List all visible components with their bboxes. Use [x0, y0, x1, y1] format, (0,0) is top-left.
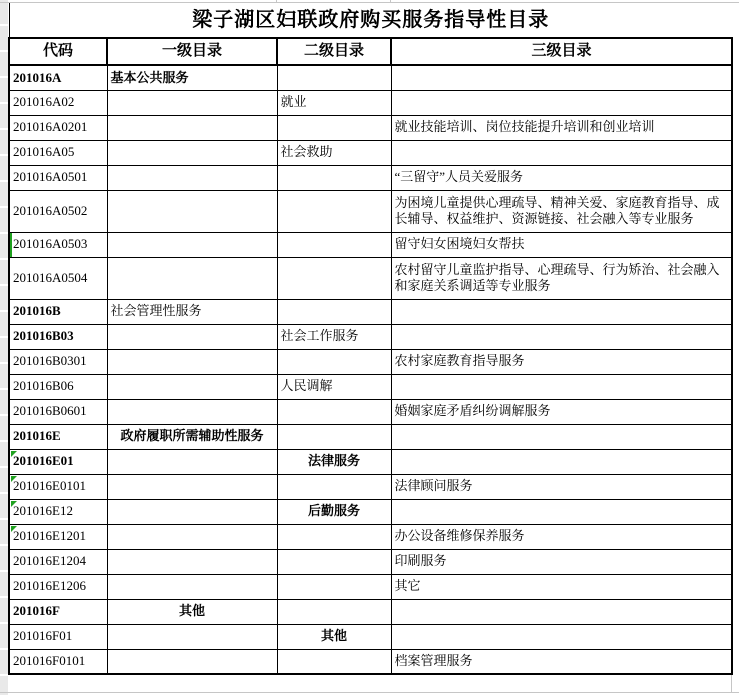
- table-row: 201016A 基本公共服务: [9, 65, 732, 90]
- cell-level1[interactable]: [107, 399, 277, 424]
- error-indicator-icon: [11, 501, 17, 507]
- cell-level2[interactable]: [277, 165, 391, 190]
- cell-level1[interactable]: [107, 549, 277, 574]
- gridline-stub: [276, 0, 277, 2]
- cell-code[interactable]: 201016A0201: [9, 115, 107, 140]
- cell-level3[interactable]: [391, 624, 732, 649]
- cell-level2[interactable]: [277, 232, 391, 257]
- table-row: 201016F 其他: [9, 599, 732, 624]
- cell-level1[interactable]: [107, 324, 277, 349]
- cell-code[interactable]: 201016F01: [9, 624, 107, 649]
- cell-level2[interactable]: [277, 474, 391, 499]
- gridline-stub: [390, 0, 391, 2]
- table-row: 201016A0502 为困境儿童提供心理疏导、精神关爱、家庭教育指导、成长辅导…: [9, 190, 732, 232]
- cell-level1[interactable]: [107, 524, 277, 549]
- green-border-marker-icon: [10, 233, 12, 257]
- cell-level3[interactable]: [391, 140, 732, 165]
- cell-level3[interactable]: “三留守”人员关爱服务: [391, 165, 732, 190]
- cell-level2[interactable]: [277, 299, 391, 324]
- cell-level1[interactable]: [107, 165, 277, 190]
- table-row: 201016E1206 其它: [9, 574, 732, 599]
- sheet-title[interactable]: 梁子湖区妇联政府购买服务指导性目录: [9, 3, 732, 38]
- table-body: 梁子湖区妇联政府购买服务指导性目录 代码 一级目录 二级目录 三级目录 2010…: [9, 3, 732, 674]
- cell-level3[interactable]: 农村家庭教育指导服务: [391, 349, 732, 374]
- cell-code[interactable]: 201016A0502: [9, 190, 107, 232]
- cell-code[interactable]: 201016E1206: [9, 574, 107, 599]
- table-row: 201016F01 其他: [9, 624, 732, 649]
- cell-code[interactable]: 201016B: [9, 299, 107, 324]
- cell-level3[interactable]: [391, 374, 732, 399]
- cell-level3[interactable]: 就业技能培训、岗位技能提升培训和创业培训: [391, 115, 732, 140]
- cell-level1[interactable]: 其他: [107, 599, 277, 624]
- cell-code[interactable]: 201016A02: [9, 90, 107, 115]
- cell-level2[interactable]: [277, 257, 391, 299]
- cell-code[interactable]: 201016E1204: [9, 549, 107, 574]
- cell-code[interactable]: 201016E1201: [9, 524, 107, 549]
- cell-level3[interactable]: [391, 599, 732, 624]
- cell-code[interactable]: 201016B06: [9, 374, 107, 399]
- cell-level2[interactable]: [277, 65, 391, 90]
- directory-table: 梁子湖区妇联政府购买服务指导性目录 代码 一级目录 二级目录 三级目录 2010…: [8, 3, 733, 675]
- cell-level1[interactable]: [107, 474, 277, 499]
- cell-level3[interactable]: [391, 65, 732, 90]
- cell-level1[interactable]: [107, 574, 277, 599]
- cell-level2[interactable]: 其他: [277, 624, 391, 649]
- cell-code[interactable]: 201016B03: [9, 324, 107, 349]
- table-row: 201016F0101 档案管理服务: [9, 649, 732, 674]
- spreadsheet-view: { "title": "梁子湖区妇联政府购买服务指导性目录", "colors"…: [0, 0, 739, 695]
- cell-level1[interactable]: [107, 374, 277, 399]
- table-row: 201016E0101 法律顾问服务: [9, 474, 732, 499]
- column-header-level1[interactable]: 一级目录: [107, 38, 277, 65]
- table-row: 201016E1201 办公设备维修保养服务: [9, 524, 732, 549]
- cell-level2[interactable]: [277, 599, 391, 624]
- cell-level1[interactable]: 基本公共服务: [107, 65, 277, 90]
- cell-code[interactable]: 201016B0301: [9, 349, 107, 374]
- table-row: 201016E12 后勤服务: [9, 499, 732, 524]
- cell-code[interactable]: 201016A: [9, 65, 107, 90]
- cell-level1[interactable]: [107, 90, 277, 115]
- cell-level3[interactable]: 留守妇女困境妇女帮扶: [391, 232, 732, 257]
- cell-level1[interactable]: [107, 624, 277, 649]
- cell-code[interactable]: 201016F0101: [9, 649, 107, 674]
- cell-level1[interactable]: [107, 257, 277, 299]
- table-row: 201016A0501 “三留守”人员关爱服务: [9, 165, 732, 190]
- cell-level1[interactable]: [107, 449, 277, 474]
- table-row: 201016A05 社会救助: [9, 140, 732, 165]
- cell-level3[interactable]: 其它: [391, 574, 732, 599]
- cell-level2[interactable]: 就业: [277, 90, 391, 115]
- cell-level1[interactable]: [107, 190, 277, 232]
- error-indicator-icon: [11, 526, 17, 532]
- cell-level2[interactable]: [277, 399, 391, 424]
- cell-code[interactable]: 201016E0101: [9, 474, 107, 499]
- cell-code[interactable]: 201016E01: [9, 449, 107, 474]
- cell-level3[interactable]: 印刷服务: [391, 549, 732, 574]
- cell-level1[interactable]: [107, 115, 277, 140]
- cell-code[interactable]: 201016A0503: [9, 232, 107, 257]
- cell-level3[interactable]: [391, 449, 732, 474]
- cell-code[interactable]: 201016A0504: [9, 257, 107, 299]
- cell-level3[interactable]: 办公设备维修保养服务: [391, 524, 732, 549]
- cell-level3[interactable]: 为困境儿童提供心理疏导、精神关爱、家庭教育指导、成长辅导、权益维护、资源链接、社…: [391, 190, 732, 232]
- cell-level2[interactable]: 法律服务: [277, 449, 391, 474]
- column-header-level2[interactable]: 二级目录: [277, 38, 391, 65]
- column-header-code[interactable]: 代码: [9, 38, 107, 65]
- cell-level2[interactable]: 人民调解: [277, 374, 391, 399]
- cell-level2[interactable]: [277, 424, 391, 449]
- error-indicator-icon: [11, 451, 17, 457]
- cell-level1[interactable]: 政府履职所需辅助性服务: [107, 424, 277, 449]
- table-row: 201016E1204 印刷服务: [9, 549, 732, 574]
- table-row: 201016B06 人民调解: [9, 374, 732, 399]
- cell-level2[interactable]: [277, 190, 391, 232]
- cell-level2[interactable]: 后勤服务: [277, 499, 391, 524]
- cell-level2[interactable]: [277, 549, 391, 574]
- cell-code[interactable]: 201016A0501: [9, 165, 107, 190]
- table-row: 201016B03 社会工作服务: [9, 324, 732, 349]
- cell-level3[interactable]: 法律顾问服务: [391, 474, 732, 499]
- cell-level1[interactable]: 社会管理性服务: [107, 299, 277, 324]
- cell-level1[interactable]: [107, 232, 277, 257]
- cell-code[interactable]: 201016F: [9, 599, 107, 624]
- cell-code[interactable]: 201016A05: [9, 140, 107, 165]
- title-row: 梁子湖区妇联政府购买服务指导性目录: [9, 3, 732, 38]
- table-row: 201016B0301 农村家庭教育指导服务: [9, 349, 732, 374]
- cell-level3[interactable]: 农村留守儿童监护指导、心理疏导、行为矫治、社会融入和家庭关系调适等专业服务: [391, 257, 732, 299]
- cell-level3[interactable]: [391, 324, 732, 349]
- cell-level1[interactable]: [107, 499, 277, 524]
- cell-level3[interactable]: 档案管理服务: [391, 649, 732, 674]
- table-row: 201016E01 法律服务: [9, 449, 732, 474]
- table-row: 201016A0504 农村留守儿童监护指导、心理疏导、行为矫治、社会融入和家庭…: [9, 257, 732, 299]
- error-indicator-icon: [11, 476, 17, 482]
- cell-level1[interactable]: [107, 649, 277, 674]
- cell-level3[interactable]: 婚姻家庭矛盾纠纷调解服务: [391, 399, 732, 424]
- cell-level1[interactable]: [107, 349, 277, 374]
- column-header-level3[interactable]: 三级目录: [391, 38, 732, 65]
- cell-level2[interactable]: 社会救助: [277, 140, 391, 165]
- cell-level2[interactable]: [277, 574, 391, 599]
- cell-level2[interactable]: 社会工作服务: [277, 324, 391, 349]
- cell-level3[interactable]: [391, 90, 732, 115]
- table-row: 201016E 政府履职所需辅助性服务: [9, 424, 732, 449]
- cell-level2[interactable]: [277, 115, 391, 140]
- cell-code[interactable]: 201016E: [9, 424, 107, 449]
- cell-code[interactable]: 201016E12: [9, 499, 107, 524]
- table-row: 201016B0601 婚姻家庭矛盾纠纷调解服务: [9, 399, 732, 424]
- cell-level1[interactable]: [107, 140, 277, 165]
- table-row: 201016A0503 留守妇女困境妇女帮扶: [9, 232, 732, 257]
- row-header-strip: [0, 0, 8, 695]
- gridline-bottom: [0, 692, 739, 693]
- cell-level2[interactable]: [277, 524, 391, 549]
- cell-level3[interactable]: [391, 424, 732, 449]
- cell-level2[interactable]: [277, 349, 391, 374]
- header-row: 代码 一级目录 二级目录 三级目录: [9, 38, 732, 65]
- cell-code[interactable]: 201016B0601: [9, 399, 107, 424]
- table-row: 201016A02 就业: [9, 90, 732, 115]
- table-row: 201016A0201 就业技能培训、岗位技能提升培训和创业培训: [9, 115, 732, 140]
- cell-level3[interactable]: [391, 499, 732, 524]
- cell-level2[interactable]: [277, 649, 391, 674]
- table-row: 201016B 社会管理性服务: [9, 299, 732, 324]
- cell-level3[interactable]: [391, 299, 732, 324]
